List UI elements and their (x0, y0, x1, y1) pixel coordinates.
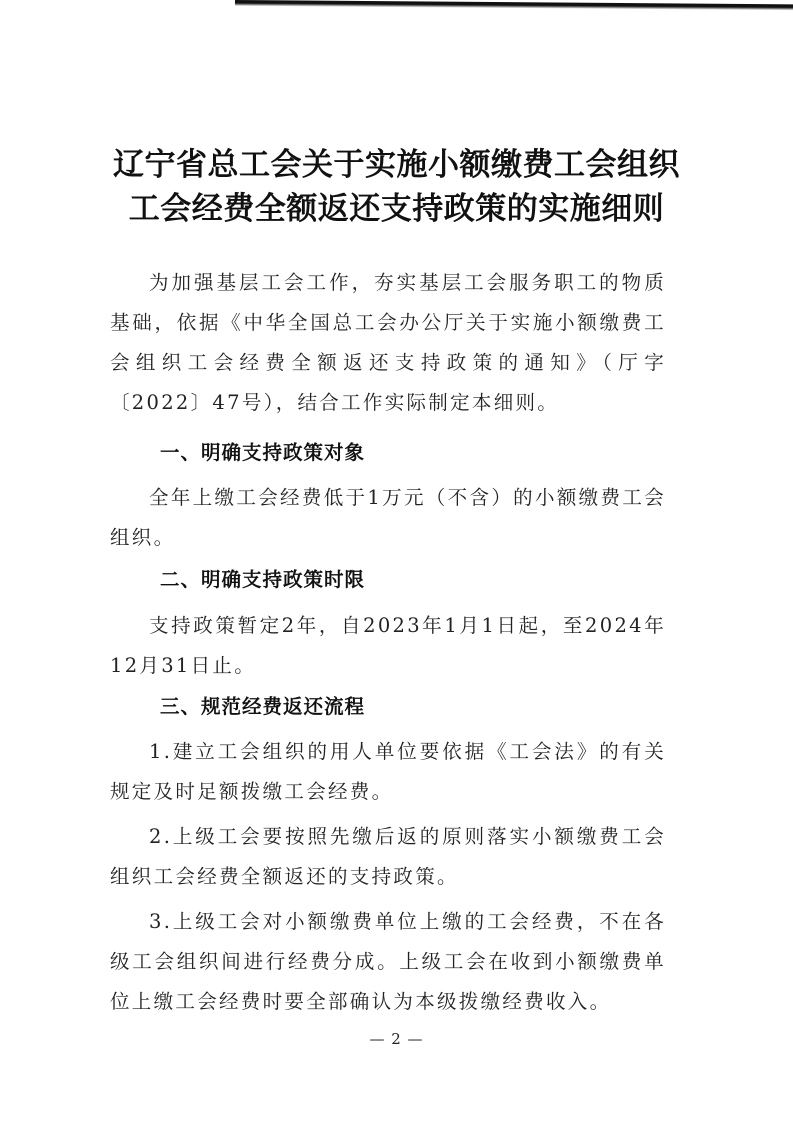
section-3-paragraph-2: 2.上级工会要按照先缴后返的原则落实小额缴费工会组织工会经费全额返还的支持政策。 (110, 817, 666, 897)
document-title: 辽宁省总工会关于实施小额缴费工会组织 工会经费全额返还支持政策的实施细则 (0, 143, 793, 231)
intro-paragraph: 为加强基层工会工作，夯实基层工会服务职工的物质基础，依据《中华全国总工会办公厅关… (110, 263, 666, 423)
section-2-paragraph-1: 支持政策暂定2年，自2023年1月1日起，至2024年12月31日止。 (110, 606, 666, 686)
intro-block: 为加强基层工会工作，夯实基层工会服务职工的物质基础，依据《中华全国总工会办公厅关… (110, 263, 666, 423)
section-heading-3: 三、规范经费返还流程 (160, 687, 365, 727)
scan-edge-line (235, 0, 793, 10)
page-number: — 2 — (0, 1030, 793, 1048)
section-heading-2: 二、明确支持政策时限 (160, 560, 365, 600)
section-2-body: 支持政策暂定2年，自2023年1月1日起，至2024年12月31日止。 (110, 606, 666, 686)
section-1-paragraph-1: 全年上缴工会经费低于1万元（不含）的小额缴费工会组织。 (110, 478, 666, 558)
section-3-body: 1.建立工会组织的用人单位要依据《工会法》的有关规定及时足额拨缴工会经费。 2.… (110, 732, 666, 1022)
section-3-paragraph-3: 3.上级工会对小额缴费单位上缴的工会经费，不在各级工会组织间进行经费分成。上级工… (110, 902, 666, 1022)
title-line-1: 辽宁省总工会关于实施小额缴费工会组织 (0, 143, 793, 187)
section-heading-1: 一、明确支持政策对象 (160, 433, 365, 473)
title-line-2: 工会经费全额返还支持政策的实施细则 (0, 187, 793, 231)
section-1-body: 全年上缴工会经费低于1万元（不含）的小额缴费工会组织。 (110, 478, 666, 558)
section-3-paragraph-1: 1.建立工会组织的用人单位要依据《工会法》的有关规定及时足额拨缴工会经费。 (110, 732, 666, 812)
